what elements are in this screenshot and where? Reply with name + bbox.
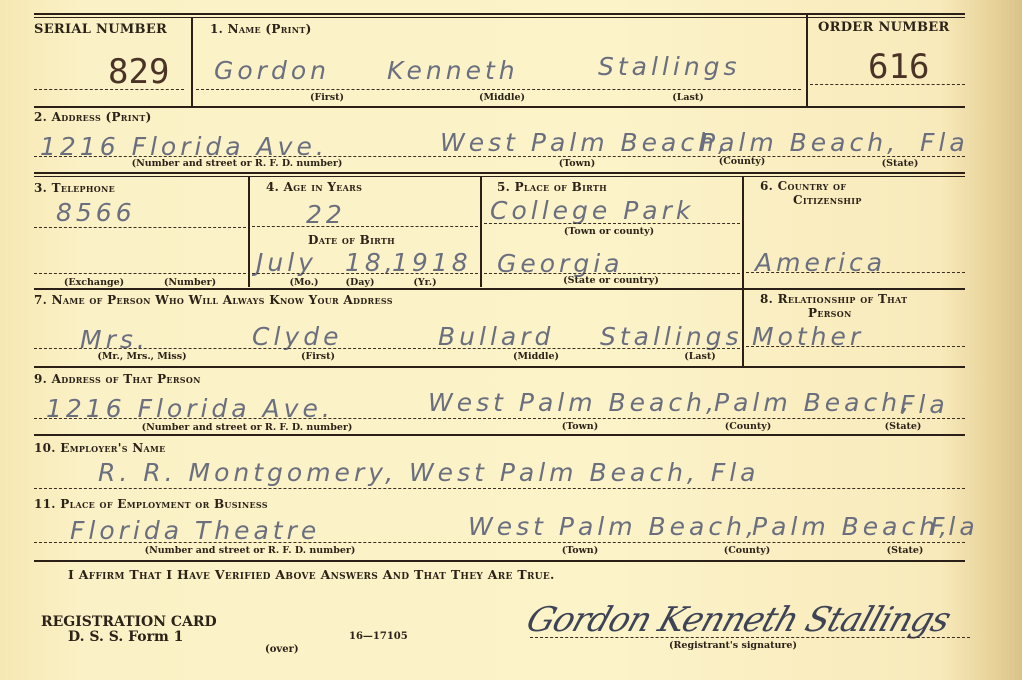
dob-line (252, 273, 478, 274)
serial-number-label: SERIAL NUMBER (34, 22, 167, 37)
citizenship-label-2: Citizenship (793, 193, 862, 207)
birth-place-label: 5. Place of Birth (497, 180, 607, 194)
telephone-line (34, 227, 246, 228)
employment-street: Florida Theatre (70, 516, 320, 545)
telephone-exchange-sub: (Exchange) (64, 277, 124, 288)
name-middle: Kenneth (387, 56, 519, 85)
address-town-sub: (Town) (559, 158, 595, 169)
name-first-sub: (First) (310, 92, 344, 103)
birth-town-line (484, 223, 740, 224)
serial-number-value: 829 (108, 52, 169, 92)
contact-address-state-sub: (State) (885, 421, 922, 432)
order-number-label: ORDER NUMBER (818, 20, 950, 35)
telephone-label: 3. Telephone (34, 181, 115, 195)
contact-person-label: 7. Name of Person Who Will Always Know Y… (34, 293, 393, 307)
row-rule (34, 560, 965, 562)
contact-title: Mrs. (80, 325, 149, 354)
employer-label: 10. Employer's Name (34, 441, 166, 455)
relationship-label-1: 8. Relationship of That (760, 292, 907, 306)
employment-place-label: 11. Place of Employment or Business (34, 497, 268, 511)
employment-town-sub: (Town) (562, 545, 598, 556)
print-code: 16—17105 (349, 631, 408, 642)
employment-state: Fla (930, 512, 979, 541)
name-last-sub: (Last) (672, 92, 704, 103)
order-number-value: 616 (868, 47, 929, 87)
address-street-sub: (Number and street or R. F. D. number) (132, 158, 343, 169)
name-middle-sub: (Middle) (479, 92, 525, 103)
form-number: D. S. S. Form 1 (68, 629, 183, 645)
contact-first-sub: (First) (301, 351, 335, 362)
divider (248, 177, 250, 287)
divider (480, 177, 482, 287)
contact-middle-sub: (Middle) (513, 351, 559, 362)
top-rule (34, 13, 965, 15)
order-line (810, 84, 965, 85)
address-state: Fla (920, 128, 969, 157)
contact-address-line (34, 418, 965, 419)
contact-address-county: Palm Beach, (714, 388, 913, 417)
address-county-sub: (County) (719, 156, 766, 167)
registration-card: SERIAL NUMBER 829 1. Name (Print) Gordon… (0, 0, 1022, 680)
contact-address-town-sub: (Town) (562, 421, 598, 432)
citizenship-label-1: 6. Country of (760, 179, 846, 193)
employment-town: West Palm Beach, (468, 512, 758, 541)
employment-county: Palm Beach, (752, 512, 951, 541)
employment-street-sub: (Number and street or R. F. D. number) (145, 545, 356, 556)
signature-line (530, 637, 970, 638)
row-rule (34, 366, 965, 368)
contact-address-state: Fla (900, 390, 949, 419)
employment-line (34, 542, 965, 543)
birth-town-sub: (Town or county) (564, 226, 654, 237)
name-last: Stallings (598, 52, 741, 81)
dob-day-sub: (Day) (346, 277, 375, 288)
contact-address-town: West Palm Beach, (428, 388, 718, 417)
name-line (196, 89, 801, 90)
row-rule (34, 176, 965, 177)
signature-sub: (Registrant's signature) (669, 640, 797, 651)
age-label: 4. Age in Years (266, 180, 362, 194)
address-town: West Palm Beach, (440, 128, 730, 157)
dob-yr-sub: (Yr.) (413, 277, 436, 288)
relationship-label-2: Person (808, 306, 852, 320)
top-rule-inner (34, 17, 965, 18)
telephone-number-sub: (Number) (164, 277, 216, 288)
birth-state-line (484, 273, 740, 274)
contact-address-label: 9. Address of That Person (34, 372, 201, 386)
serial-line (34, 89, 184, 90)
address-county: Palm Beach, (700, 128, 899, 157)
row-rule (34, 434, 965, 436)
contact-first: Clyde (252, 322, 342, 351)
contact-middle: Bullard (438, 322, 554, 351)
divider (191, 17, 193, 107)
registration-card-title: REGISTRATION CARD (41, 614, 217, 630)
telephone-line-2 (34, 273, 246, 274)
employer-value: R. R. Montgomery, West Palm Beach, Fla (98, 458, 759, 487)
dob-label: Date of Birth (308, 233, 395, 247)
name-label: 1. Name (Print) (210, 22, 312, 36)
employment-state-sub: (State) (887, 545, 924, 556)
address-line (34, 156, 965, 157)
contact-line (34, 348, 740, 349)
relationship-line (746, 346, 965, 347)
telephone-value: 8566 (56, 198, 136, 227)
contact-address-street-sub: (Number and street or R. F. D. number) (142, 422, 353, 433)
contact-title-sub: (Mr., Mrs., Miss) (97, 351, 186, 362)
contact-address-county-sub: (County) (725, 421, 772, 432)
age-line (252, 226, 478, 227)
row-rule (34, 106, 965, 108)
citizenship-line (746, 272, 965, 273)
contact-last: Stallings (600, 322, 743, 351)
address-state-sub: (State) (882, 158, 919, 169)
dob-mo-sub: (Mo.) (290, 277, 319, 288)
employer-line (34, 488, 965, 489)
name-first: Gordon (214, 56, 330, 85)
age-value: 22 (306, 200, 346, 229)
contact-last-sub: (Last) (684, 351, 716, 362)
over-note: (over) (265, 644, 299, 655)
registrant-signature: Gordon Kenneth Stallings (522, 600, 956, 640)
affirmation-text: I Affirm That I Have Verified Above Answ… (68, 567, 555, 582)
row-rule (34, 288, 965, 290)
birth-state-sub: (State or country) (563, 275, 659, 286)
row-rule (34, 172, 965, 174)
address-label: 2. Address (Print) (34, 110, 152, 124)
birth-town: College Park (490, 196, 694, 225)
employment-county-sub: (County) (724, 545, 771, 556)
divider (806, 13, 808, 107)
